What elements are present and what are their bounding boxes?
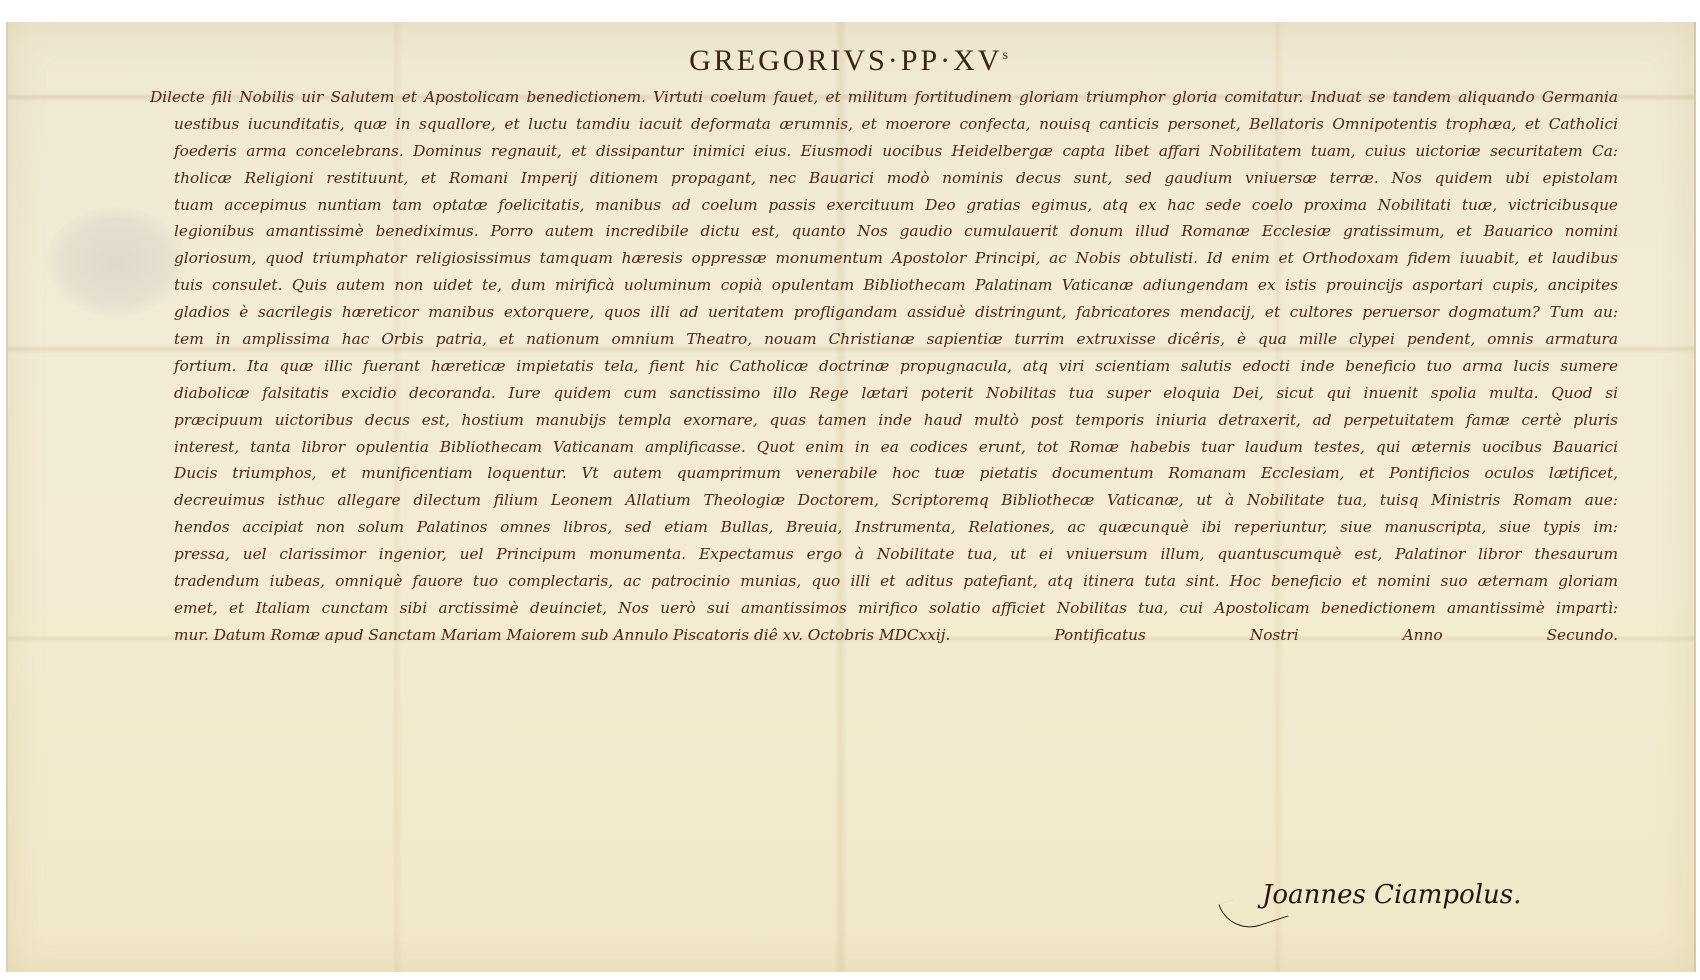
dateline-word: Nostri xyxy=(1250,622,1299,649)
text-line: tuis consulet. Quis autem non uidet te, … xyxy=(150,272,1618,299)
text-line: Dilecte fili Nobilis uir Salutem et Apos… xyxy=(150,84,1618,111)
text-line: decreuimus isthuc allegare dilectum fili… xyxy=(150,487,1618,514)
signature: Joannes Ciampolus. xyxy=(1262,880,1521,910)
text-line: interest, tanta libror opulentia Bibliot… xyxy=(150,434,1618,461)
text-line: hendos accipiat non solum Palatinos omne… xyxy=(150,514,1618,541)
heading-superscript: s xyxy=(1002,48,1010,63)
text-line: gladios è sacrilegis hæreticor manibus e… xyxy=(150,299,1618,326)
heading-text: GREGORIVS·PP·XV xyxy=(689,44,1002,77)
document-heading: GREGORIVS·PP·XVs xyxy=(0,44,1700,78)
dateline: mur. Datum Romæ apud Sanctam Mariam Maio… xyxy=(150,622,1618,649)
text-line: gloriosum, quod triumphator religiosissi… xyxy=(150,245,1618,272)
text-line: tuam accepimus nuntiam tam optatæ foelic… xyxy=(150,192,1618,219)
dateline-word: Anno xyxy=(1403,622,1443,649)
dateline-word: Secundo. xyxy=(1547,622,1618,649)
text-line: tem in amplissima hac Orbis patria, et n… xyxy=(150,326,1618,353)
text-line: tholicæ Religioni restituunt, et Romani … xyxy=(150,165,1618,192)
dateline-text: mur. Datum Romæ apud Sanctam Mariam Maio… xyxy=(174,622,950,649)
letter-body: Dilecte fili Nobilis uir Salutem et Apos… xyxy=(150,84,1618,649)
dateline-word: Pontificatus xyxy=(1054,622,1146,649)
text-line: diabolicæ falsitatis excidio decoranda. … xyxy=(150,380,1618,407)
text-line: tradendum iubeas, omniquè fauore tuo com… xyxy=(150,568,1618,595)
text-line: præcipuum uictoribus decus est, hostium … xyxy=(150,407,1618,434)
text-line: pressa, uel clarissimor ingenior, uel Pr… xyxy=(150,541,1618,568)
text-line: fortium. Ita quæ illic fuerant hæreticæ … xyxy=(150,353,1618,380)
text-line: foederis arma concelebrans. Dominus regn… xyxy=(150,138,1618,165)
text-line: uestibus iucunditatis, quæ in squallore,… xyxy=(150,111,1618,138)
text-line: emet, et Italiam cunctam sibi arctissimè… xyxy=(150,595,1618,622)
text-line: Ducis triumphos, et munificentiam loquen… xyxy=(150,460,1618,487)
text-line: legionibus amantissimè benediximus. Porr… xyxy=(150,218,1618,245)
